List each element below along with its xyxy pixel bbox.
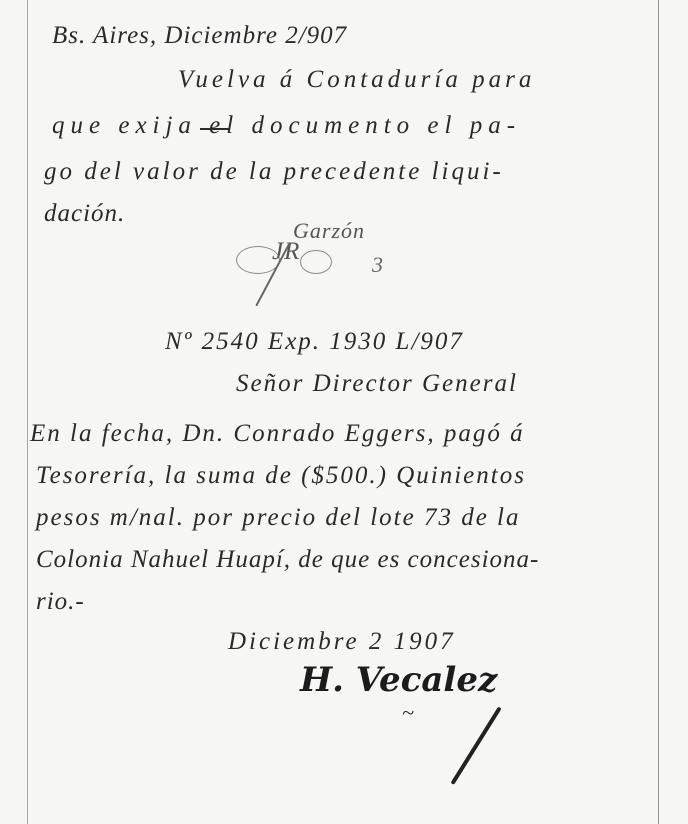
signature-initials: JR <box>272 238 300 266</box>
signature-name: Garzón <box>293 218 365 244</box>
body-line-2: que exija el documento el pa- <box>52 112 521 140</box>
left-margin-rule <box>27 0 28 824</box>
receipt-line-1: En la fecha, Dn. Conrado Eggers, pagó á <box>30 420 525 448</box>
receipt-line-4: Colonia Nahuel Huapí, de que es concesio… <box>36 546 539 574</box>
document-page: Bs. Aires, Diciembre 2/907 Vuelva á Cont… <box>0 0 688 824</box>
body-line-4: dación. <box>44 200 125 228</box>
signature-flourish <box>300 250 332 274</box>
line-filler-dash <box>200 128 230 130</box>
receipt-date: Diciembre 2 1907 <box>228 628 456 656</box>
body-line-1: Vuelva á Contaduría para <box>178 66 535 94</box>
receipt-signature: H. Vecalez <box>300 660 497 700</box>
date-line: Bs. Aires, Diciembre 2/907 <box>52 22 347 50</box>
signature-tail-stroke <box>451 706 502 784</box>
body-line-3: go del valor de la precedente liqui- <box>44 158 504 186</box>
right-margin-rule <box>658 0 659 824</box>
addressee-line: Señor Director General <box>236 370 518 398</box>
signature-mark: 3 <box>372 252 384 278</box>
receipt-line-5: rio.- <box>36 588 85 616</box>
signature-rubric: ~ <box>402 700 415 726</box>
reference-number: Nº 2540 Exp. 1930 L/907 <box>165 328 464 356</box>
receipt-line-3: pesos m/nal. por precio del lote 73 de l… <box>36 504 521 532</box>
receipt-line-2: Tesorería, la suma de ($500.) Quinientos <box>36 462 526 490</box>
